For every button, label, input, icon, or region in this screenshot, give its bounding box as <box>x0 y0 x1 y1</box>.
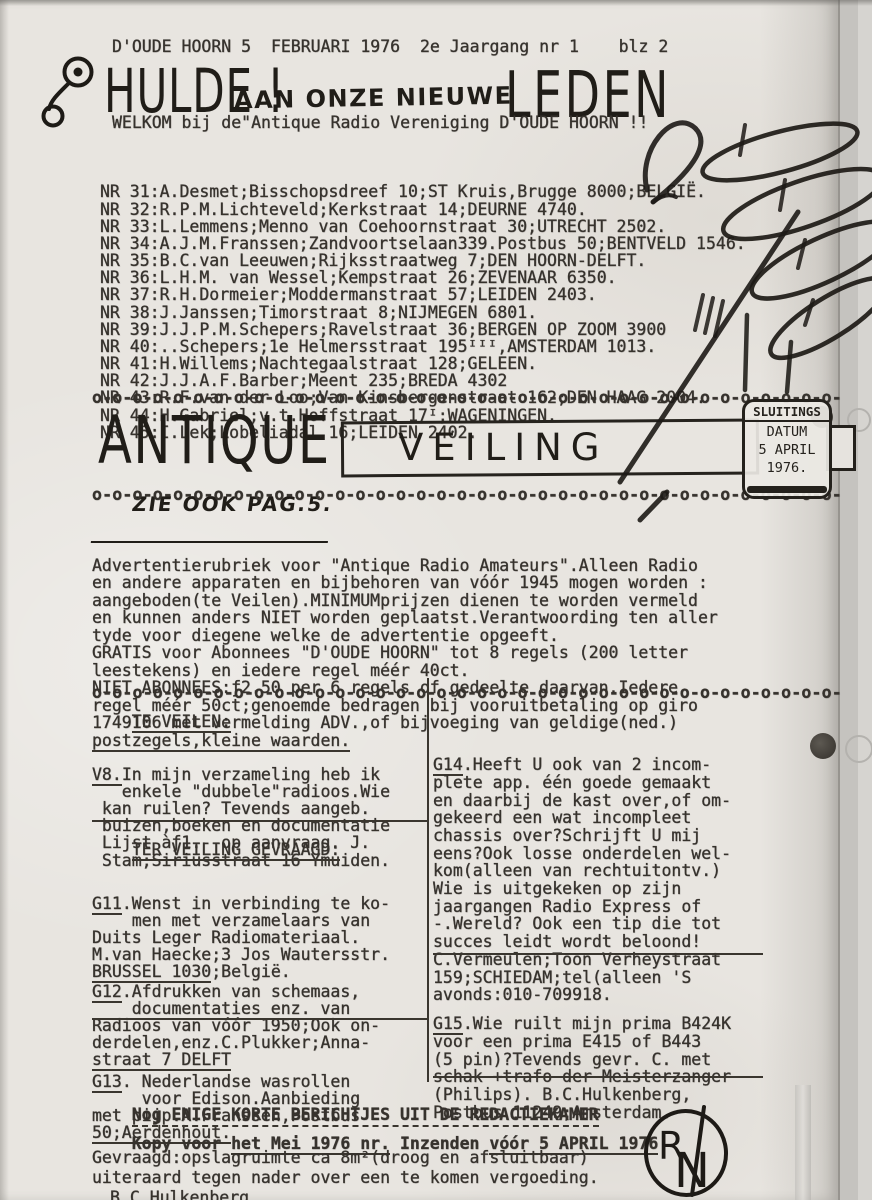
ad-line: enkele "dubbele"radioos.Wie <box>92 783 390 800</box>
ad-line: eens?Ook losse onderdelen wel- <box>433 845 731 863</box>
ad-line: gekeerd een wat incompleet <box>433 809 731 827</box>
ad-line: kom(alleen van rechtuitontv.) <box>433 862 731 880</box>
ad-line: G14.Heeft U ook van 2 incom- <box>433 756 731 774</box>
footer-signature: B.C.Hulkenberg. <box>110 1189 259 1200</box>
ad-line: G12.Afdrukken van schemaas, <box>92 983 380 1000</box>
scanned-newsletter-page: D'OUDE HOORN 5 FEBRUARI 1976 2e Jaargang… <box>0 0 872 1200</box>
section-rule-left-1 <box>92 820 428 822</box>
intro-line: tyde voor diegene welke de advertentie o… <box>92 627 718 645</box>
intro-line: Advertentierubriek voor "Antique Radio A… <box>92 557 718 575</box>
masthead-subtitle: AAN ONZE NIEUWE <box>234 82 513 115</box>
ad-line: kan ruilen? Tevends aangeb. <box>92 800 390 817</box>
ad-line: documentaties enz. van <box>92 1000 380 1017</box>
ad-line: (5 pin)?Tevends gevr. C. met <box>433 1051 731 1069</box>
intro-line: leestekens) en iedere regel méér 40ct. <box>92 662 718 680</box>
monogram-n: N <box>674 1143 710 1199</box>
ad-line: G11.Wenst in verbinding te ko- <box>92 895 390 912</box>
closing-date-stamp: SLUITINGS DATUM 5 APRIL 1976. <box>742 399 832 499</box>
section-rule-right-2 <box>433 1076 763 1078</box>
ad-line: plete app. één goede gemaakt <box>433 774 731 792</box>
ad-line: -.Wereld? Ook een tip die tot <box>433 915 731 933</box>
welcome-line: WELKOM bij de"Antique Radio Vereniging D… <box>112 114 648 131</box>
ad-line: men met verzamelaars van <box>92 912 390 929</box>
stamp-date: 5 APRIL <box>745 440 829 458</box>
rn-monogram: R N <box>638 1103 738 1200</box>
section-rule-right-1 <box>433 953 763 955</box>
stamp-title: SLUITINGS <box>745 402 829 422</box>
stamp-datum: DATUM <box>745 422 829 440</box>
punch-hole-bottom <box>810 733 836 759</box>
ad-line: succes leidt wordt beloond! <box>433 933 731 951</box>
ad-line: chassis over?Schrijft U mij <box>433 827 731 845</box>
page-header-line: D'OUDE HOORN 5 FEBRUARI 1976 2e Jaargang… <box>112 38 668 55</box>
intro-line: en kunnen anders NIET worden geplaatst.V… <box>92 609 718 627</box>
intro-line: GRATIS voor Abonnees "D'OUDE HOORN" tot … <box>92 644 718 662</box>
tape-strip <box>795 1085 811 1200</box>
stamp-year: 1976. <box>745 458 829 476</box>
punch-hole-bottom-ghost <box>845 735 872 763</box>
scan-left-shadow <box>0 0 9 1200</box>
stamp-band <box>747 486 827 493</box>
clef-doodle-icon <box>22 42 106 138</box>
intro-line: en andere apparaten en bijbehoren van vó… <box>92 574 718 592</box>
ad-line: voor een prima E415 of B443 <box>433 1033 731 1051</box>
ad-line: G15.Wie ruilt mijn prima B424K <box>433 1015 731 1033</box>
ad-line: jaargangen Radio Express of <box>433 898 731 916</box>
intro-line: aangeboden(te Veilen).MINIMUMprijzen die… <box>92 592 718 610</box>
ad-g14: G14.Heeft U ook van 2 incom-plete app. é… <box>433 703 731 1004</box>
ad-line: en daarbij de kast over,of om- <box>433 792 731 810</box>
auction-veiling-label: VEILING <box>398 426 608 469</box>
footer-request-line1: Gevraagd:opslagruimte ca 8m²(droog en af… <box>92 1149 589 1166</box>
scan-top-shadow <box>0 0 872 6</box>
ad-line: G13. Nederlandse wasrollen <box>92 1073 360 1090</box>
ad-line: Wie is uitgekeken op zijn <box>433 880 731 898</box>
section-rule-left-2 <box>92 1018 428 1020</box>
footer-request-line2: uiteraard tegen nader over een te komen … <box>92 1169 599 1186</box>
column-divider <box>427 678 429 1082</box>
ad-line: V8.In mijn verzameling heb ik <box>92 766 390 783</box>
